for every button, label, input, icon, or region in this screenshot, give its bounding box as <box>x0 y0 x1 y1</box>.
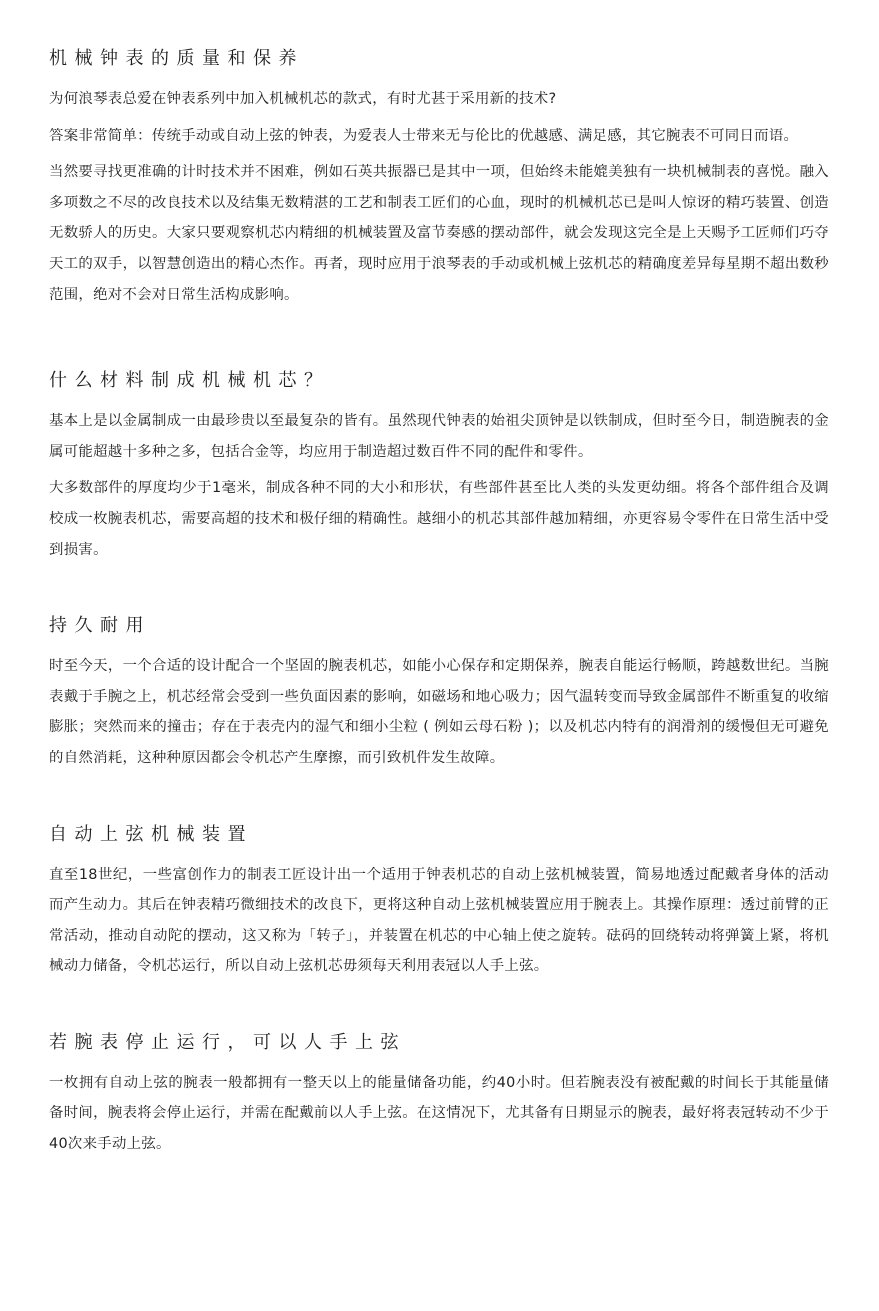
section-heading: 若腕表停止运行，可以人手上弦 <box>49 1028 829 1058</box>
paragraph: 大多数部件的厚度均少于1毫米，制成各种不同的大小和形状，有些部件甚至比人类的头发… <box>49 473 829 565</box>
section-heading: 自动上弦机械装置 <box>49 820 829 850</box>
section-heading: 什么材料制成机械机芯？ <box>49 366 829 396</box>
section-heading: 机械钟表的质量和保养 <box>49 44 829 74</box>
paragraph: 直至18世纪，一些富创作力的制表工匠设计出一个适用于钟表机芯的自动上弦机械装置，… <box>49 860 829 982</box>
section-automatic-winding: 自动上弦机械装置 直至18世纪，一些富创作力的制表工匠设计出一个适用于钟表机芯的… <box>49 820 829 982</box>
paragraph: 当然要寻找更准确的计时技术并不困难，例如石英共振器已是其中一项，但始终未能媲美独… <box>49 157 829 310</box>
section-quality-and-maintenance: 机械钟表的质量和保养 为何浪琴表总爱在钟表系列中加入机械机芯的款式，有时尤甚于采… <box>49 44 829 310</box>
document-page: 机械钟表的质量和保养 为何浪琴表总爱在钟表系列中加入机械机芯的款式，有时尤甚于采… <box>0 0 829 1160</box>
section-heading: 持久耐用 <box>49 611 829 641</box>
section-durability: 持久耐用 时至今天，一个合适的设计配合一个坚固的腕表机芯，如能小心保存和定期保养… <box>49 611 829 773</box>
paragraph: 时至今天，一个合适的设计配合一个坚固的腕表机芯，如能小心保存和定期保养，腕表自能… <box>49 651 829 773</box>
paragraph: 答案非常简单：传统手动或自动上弦的钟表，为爱表人士带来无与伦比的优越感、满足感，… <box>49 121 829 152</box>
paragraph: 基本上是以金属制成一由最珍贵以至最复杂的皆有。虽然现代钟表的始祖尖顶钟是以铁制成… <box>49 406 829 467</box>
section-manual-winding: 若腕表停止运行，可以人手上弦 一枚拥有自动上弦的腕表一般都拥有一整天以上的能量储… <box>49 1028 829 1160</box>
paragraph: 为何浪琴表总爱在钟表系列中加入机械机芯的款式，有时尤甚于采用新的技术? <box>49 84 829 115</box>
section-movement-materials: 什么材料制成机械机芯？ 基本上是以金属制成一由最珍贵以至最复杂的皆有。虽然现代钟… <box>49 366 829 565</box>
paragraph: 一枚拥有自动上弦的腕表一般都拥有一整天以上的能量储备功能，约40小时。但若腕表没… <box>49 1068 829 1160</box>
